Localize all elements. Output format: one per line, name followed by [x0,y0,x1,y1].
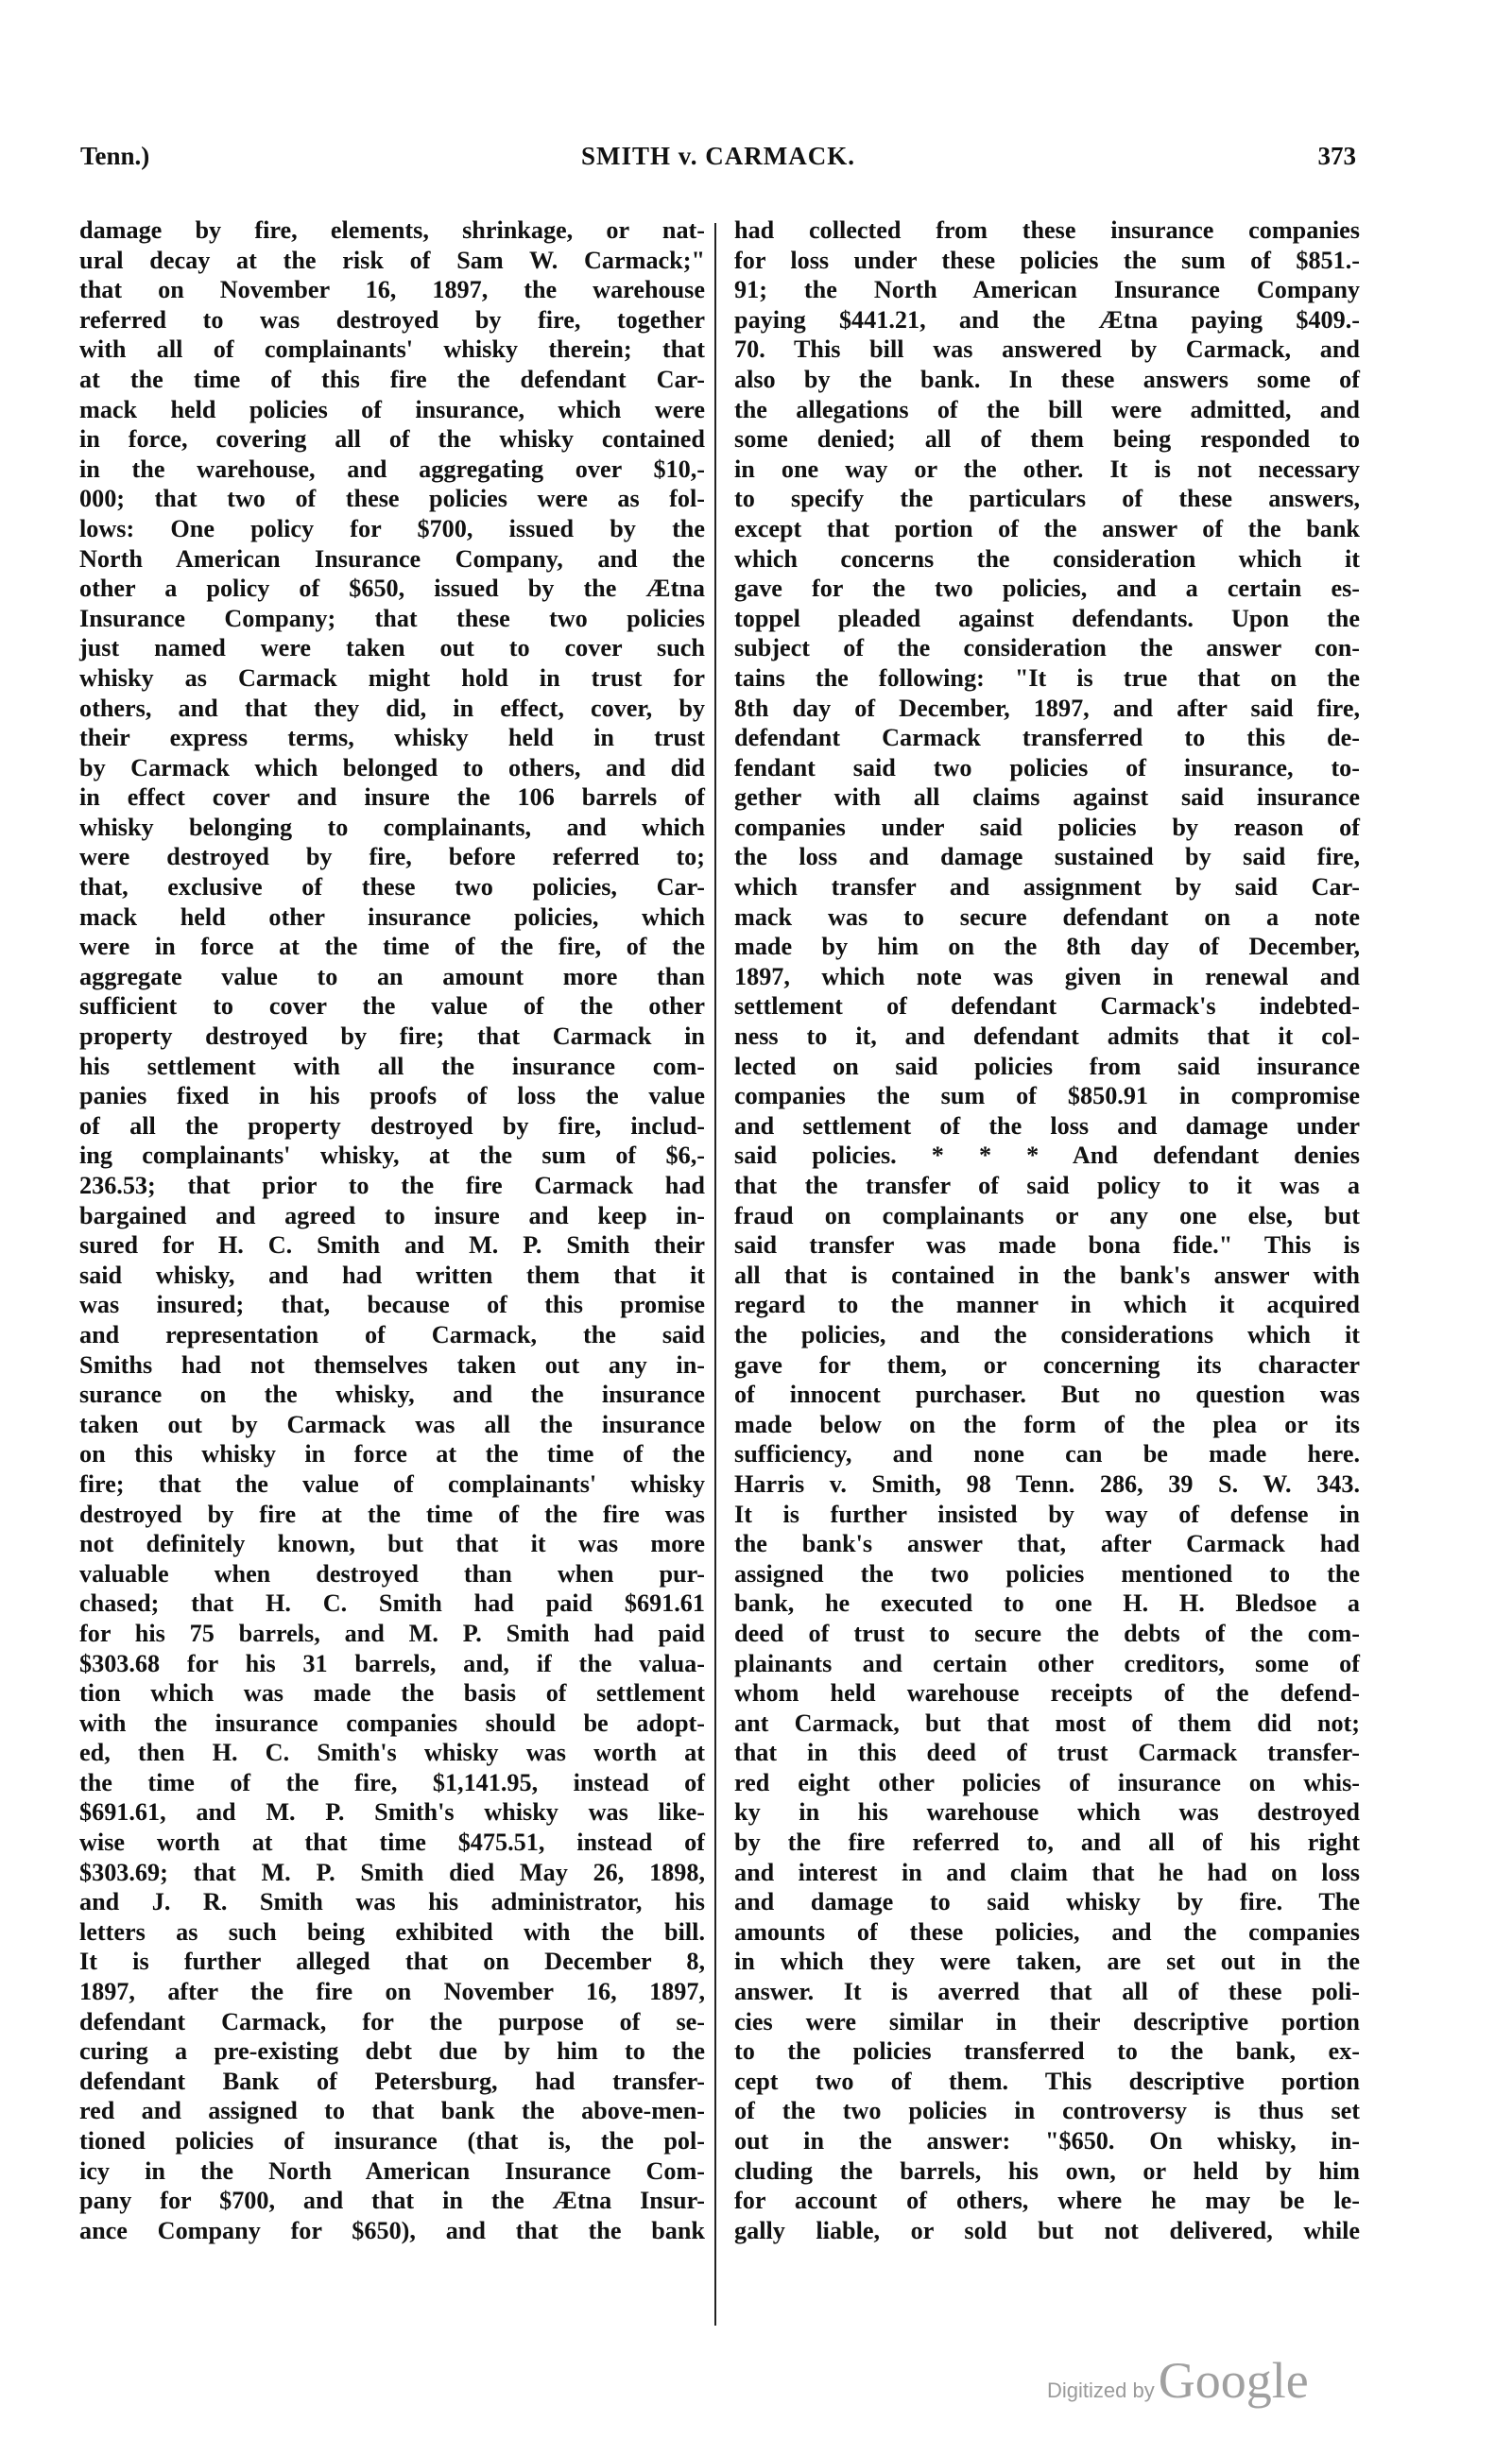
text-line: ant Carmack, but that most of them did n… [734,1709,1360,1739]
text-line: assigned the two policies mentioned to t… [734,1559,1360,1589]
text-line: mack held other insurance policies, whic… [79,902,705,933]
text-line: for account of others, where he may be l… [734,2186,1360,2216]
text-line: wise worth at that time $475.51, instead… [79,1828,705,1858]
text-line: sured for H. C. Smith and M. P. Smith th… [79,1230,705,1261]
text-line: was insured; that, because of this promi… [79,1290,705,1320]
text-line: bargained and agreed to insure and keep … [79,1201,705,1231]
text-line: gally liable, or sold but not delivered,… [734,2216,1360,2246]
text-line: whisky belonging to complainants, and wh… [79,813,705,843]
text-line: regard to the manner in which it acquire… [734,1290,1360,1320]
text-line: tains the following: "It is true that on… [734,663,1360,694]
text-line: companies under said policies by reason … [734,813,1360,843]
text-line: of innocent purchaser. But no question w… [734,1380,1360,1410]
text-line: in one way or the other. It is not neces… [734,455,1360,485]
text-line: mack held policies of insurance, which w… [79,395,705,425]
text-line: North American Insurance Company, and th… [79,544,705,575]
google-logo-text: Google [1159,2352,1309,2409]
digitized-by-google-watermark: Digitized byGoogle [1047,2351,1309,2410]
text-line: chased; that H. C. Smith had paid $691.6… [79,1589,705,1619]
text-line: pany for $700, and that in the Ætna Insu… [79,2186,705,2216]
text-line: that in this deed of trust Carmack trans… [734,1738,1360,1768]
text-line: bank, he executed to one H. H. Bledsoe a [734,1589,1360,1619]
text-line: subject of the consideration the answer … [734,633,1360,663]
right-column-text: had collected from these insurance compa… [734,215,1360,2245]
text-line: said policies. * * * And defendant denie… [734,1141,1360,1171]
text-line: sufficient to cover the value of the oth… [79,991,705,1022]
text-line: curing a pre-existing debt due by him to… [79,2036,705,2067]
text-line: some denied; all of them being responded… [734,424,1360,455]
text-line: It is further insisted by way of defense… [734,1500,1360,1530]
text-line: damage by fire, elements, shrinkage, or … [79,215,705,246]
text-line: and interest in and claim that he had on… [734,1858,1360,1888]
text-line: plainants and certain other creditors, s… [734,1649,1360,1679]
text-line: surance on the whisky, and the insurance [79,1380,705,1410]
text-line: their express terms, whisky held in trus… [79,723,705,753]
text-line: 8th day of December, 1897, and after sai… [734,694,1360,724]
text-line: deed of trust to secure the debts of the… [734,1619,1360,1649]
text-line: which concerns the consideration which i… [734,544,1360,575]
text-line: letters as such being exhibited with the… [79,1917,705,1948]
text-line: companies the sum of $850.91 in compromi… [734,1081,1360,1111]
text-line: gave for the two policies, and a certain… [734,574,1360,604]
text-line: fire; that the value of complainants' wh… [79,1469,705,1500]
text-line: and J. R. Smith was his administrator, h… [79,1887,705,1917]
text-line: $303.69; that M. P. Smith died May 26, 1… [79,1858,705,1888]
text-line: had collected from these insurance compa… [734,215,1360,246]
text-line: lected on said policies from said insura… [734,1052,1360,1082]
text-line: said transfer was made bona fide." This … [734,1230,1360,1261]
text-line: not definitely known, but that it was mo… [79,1529,705,1559]
text-line: for his 75 barrels, and M. P. Smith had … [79,1619,705,1649]
text-line: that the transfer of said policy to it w… [734,1171,1360,1201]
text-line: the policies, and the considerations whi… [734,1320,1360,1350]
text-line: taken out by Carmack was all the insuran… [79,1410,705,1440]
text-line: ness to it, and defendant admits that it… [734,1022,1360,1052]
text-line: panies fixed in his proofs of loss the v… [79,1081,705,1111]
text-line: others, and that they did, in effect, co… [79,694,705,724]
text-line: ky in his warehouse which was destroyed [734,1797,1360,1828]
text-line: whom held warehouse receipts of the defe… [734,1678,1360,1709]
text-line: of the two policies in controversy is th… [734,2096,1360,2126]
text-line: ance Company for $650), and that the ban… [79,2216,705,2246]
text-line: which transfer and assignment by said Ca… [734,872,1360,902]
text-line: of all the property destroyed by fire, i… [79,1111,705,1142]
text-line: tioned policies of insurance (that is, t… [79,2126,705,2156]
text-line: defendant Carmack transferred to this de… [734,723,1360,753]
text-line: the time of the fire, $1,141.95, instead… [79,1768,705,1798]
text-line: with all of complainants' whisky therein… [79,335,705,365]
text-line: that on November 16, 1897, the warehouse [79,275,705,305]
text-line: ed, then H. C. Smith's whisky was worth … [79,1738,705,1768]
text-line: in the warehouse, and aggregating over $… [79,455,705,485]
text-line: and settlement of the loss and damage un… [734,1111,1360,1142]
text-line: sufficiency, and none can be made here. [734,1439,1360,1469]
text-line: valuable when destroyed than when pur- [79,1559,705,1589]
text-line: 1897, which note was given in renewal an… [734,962,1360,992]
text-line: and representation of Carmack, the said [79,1320,705,1350]
text-line: fraud on complainants or any one else, b… [734,1201,1360,1231]
text-line: ing complainants' whisky, at the sum of … [79,1141,705,1171]
text-line: referred to was destroyed by fire, toget… [79,305,705,335]
text-line: in which they were taken, are set out in… [734,1947,1360,1977]
header-case-title: SMITH v. CARMACK. [80,142,1356,171]
text-line: settlement of defendant Carmack's indebt… [734,991,1360,1022]
text-line: by the fire referred to, and all of his … [734,1828,1360,1858]
text-line: defendant Carmack, for the purpose of se… [79,2007,705,2037]
text-line: that, exclusive of these two policies, C… [79,872,705,902]
text-line: property destroyed by fire; that Carmack… [79,1022,705,1052]
text-line: red eight other policies of insurance on… [734,1768,1360,1798]
column-divider [714,223,716,2326]
text-line: made below on the form of the plea or it… [734,1410,1360,1440]
text-line: defendant Bank of Petersburg, had transf… [79,2067,705,2097]
running-header: Tenn.) SMITH v. CARMACK. 373 [80,142,1356,180]
text-line: Insurance Company; that these two polici… [79,604,705,634]
text-line: 236.53; that prior to the fire Carmack h… [79,1171,705,1201]
text-line: cies were similar in their descriptive p… [734,2007,1360,2037]
text-line: whisky as Carmack might hold in trust fo… [79,663,705,694]
text-line: icy in the North American Insurance Com- [79,2156,705,2187]
text-line: except that portion of the answer of the… [734,514,1360,544]
text-line: destroyed by fire at the time of the fir… [79,1500,705,1530]
text-line: were destroyed by fire, before referred … [79,842,705,872]
text-line: the allegations of the bill were admitte… [734,395,1360,425]
text-line: for loss under these policies the sum of… [734,246,1360,276]
text-line: by Carmack which belonged to others, and… [79,753,705,783]
text-line: also by the bank. In these answers some … [734,365,1360,395]
text-line: his settlement with all the insurance co… [79,1052,705,1082]
text-line: red and assigned to that bank the above-… [79,2096,705,2126]
text-line: to specify the particulars of these answ… [734,484,1360,514]
text-line: with the insurance companies should be a… [79,1709,705,1739]
text-line: fendant said two policies of insurance, … [734,753,1360,783]
text-line: mack was to secure defendant on a note [734,902,1360,933]
text-line: in force, covering all of the whisky con… [79,424,705,455]
text-line: toppel pleaded against defendants. Upon … [734,604,1360,634]
text-line: 91; the North American Insurance Company [734,275,1360,305]
page-number: 373 [1318,142,1357,171]
text-line: and damage to said whisky by fire. The [734,1887,1360,1917]
left-column-text: damage by fire, elements, shrinkage, or … [79,215,705,2245]
text-line: cept two of them. This descriptive porti… [734,2067,1360,2097]
text-line: in effect cover and insure the 106 barre… [79,782,705,813]
text-line: $303.68 for his 31 barrels, and, if the … [79,1649,705,1679]
text-line: 70. This bill was answered by Carmack, a… [734,335,1360,365]
text-line: lows: One policy for $700, issued by the [79,514,705,544]
text-line: gave for them, or concerning its charact… [734,1350,1360,1381]
text-line: at the time of this fire the defendant C… [79,365,705,395]
text-line: to the policies transferred to the bank,… [734,2036,1360,2067]
text-line: Smiths had not themselves taken out any … [79,1350,705,1381]
text-line: 000; that two of these policies were as … [79,484,705,514]
text-line: cluding the barrels, his own, or held by… [734,2156,1360,2187]
text-line: paying $441.21, and the Ætna paying $409… [734,305,1360,335]
text-line: other a policy of $650, issued by the Æt… [79,574,705,604]
text-line: gether with all claims against said insu… [734,782,1360,813]
text-line: made by him on the 8th day of December, [734,932,1360,962]
text-line: It is further alleged that on December 8… [79,1947,705,1977]
text-line: were in force at the time of the fire, o… [79,932,705,962]
text-line: $691.61, and M. P. Smith's whisky was li… [79,1797,705,1828]
text-line: amounts of these policies, and the compa… [734,1917,1360,1948]
watermark-prefix: Digitized by [1047,2379,1155,2402]
text-line: tion which was made the basis of settlem… [79,1678,705,1709]
text-line: out in the answer: "$650. On whisky, in- [734,2126,1360,2156]
text-line: said whisky, and had written them that i… [79,1261,705,1291]
text-line: answer. It is averred that all of these … [734,1977,1360,2007]
text-line: aggregate value to an amount more than [79,962,705,992]
text-line: the bank's answer that, after Carmack ha… [734,1529,1360,1559]
text-line: 1897, after the fire on November 16, 189… [79,1977,705,2007]
text-line: on this whisky in force at the time of t… [79,1439,705,1469]
text-line: ural decay at the risk of Sam W. Carmack… [79,246,705,276]
text-line: all that is contained in the bank's answ… [734,1261,1360,1291]
text-line: Harris v. Smith, 98 Tenn. 286, 39 S. W. … [734,1469,1360,1500]
text-line: just named were taken out to cover such [79,633,705,663]
text-line: the loss and damage sustained by said fi… [734,842,1360,872]
